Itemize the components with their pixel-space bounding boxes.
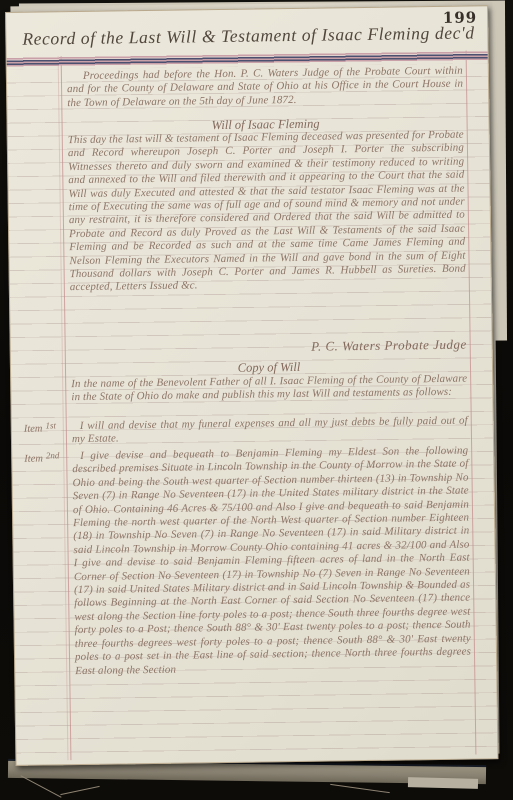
will-preamble-paragraph: In the name of the Benevolent Father of … xyxy=(71,373,467,405)
book-bottom-page-corner xyxy=(408,777,478,789)
item-2-paragraph: I give devise and bequeath to Benjamin F… xyxy=(72,445,471,678)
item-label-text: Item xyxy=(24,454,43,465)
page-title: Record of the Last Will & Testament of I… xyxy=(22,22,472,49)
item-number: 2nd xyxy=(46,450,60,460)
item-label-text: Item xyxy=(24,424,43,435)
item-number: 1st xyxy=(45,420,56,430)
item-1-paragraph: I will and devise that my funeral expens… xyxy=(72,415,468,447)
probate-order-paragraph: This day the last will & testament of Is… xyxy=(68,129,466,295)
ledger-page: 199 Record of the Last Will & Testament … xyxy=(5,5,498,766)
margin-note-item-2: Item2nd xyxy=(24,450,70,465)
judge-signature: P. C. Waters Probate Judge xyxy=(251,337,467,356)
proceedings-paragraph: Proceedings had before the Hon. P. C. Wa… xyxy=(67,65,464,111)
margin-note-item-1: Item1st xyxy=(24,420,70,435)
